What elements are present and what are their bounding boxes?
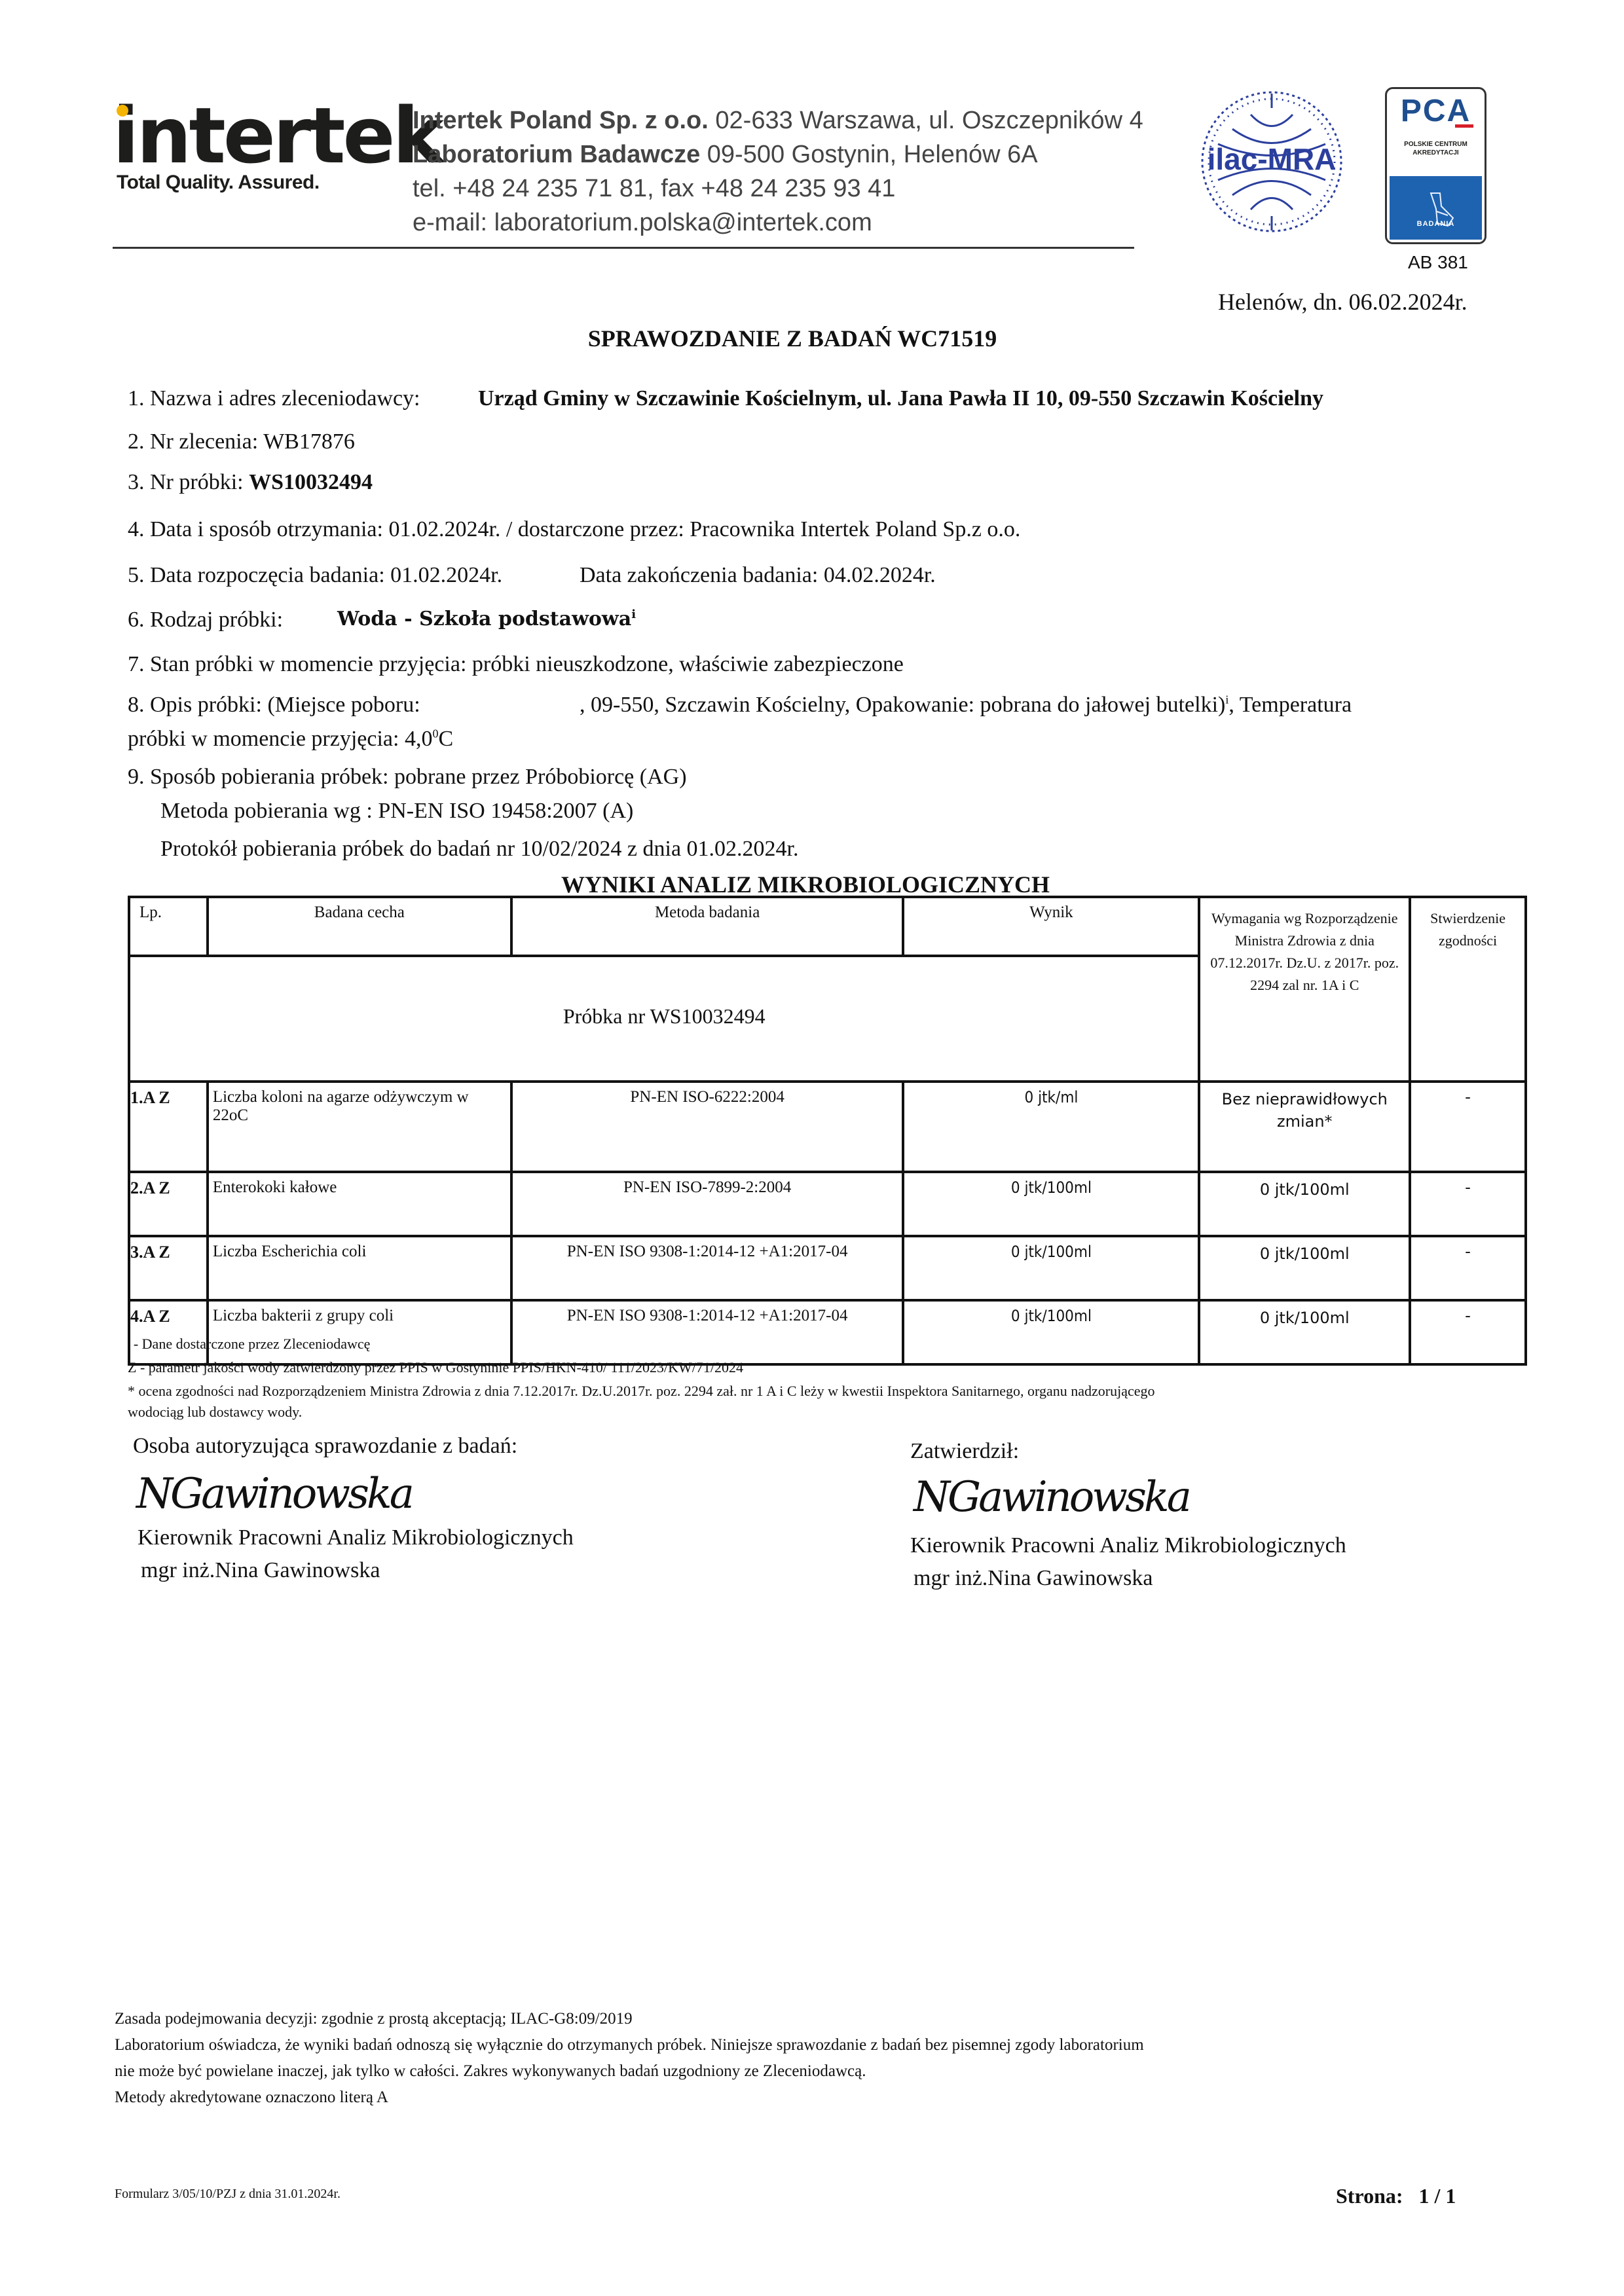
row-feature: Enterokoki kałowe <box>208 1172 511 1236</box>
lab-statement-1: Laboratorium oświadcza, że wyniki badań … <box>115 2036 1144 2054</box>
company-info: Intertek Poland Sp. z o.o. 02-633 Warsza… <box>413 103 1143 240</box>
note-z-parameter: Z - parametr jakości wody zatwierdzony p… <box>128 1359 743 1376</box>
field-sample-label: 3. Nr próbki: <box>128 470 244 494</box>
signer-name-left: mgr inż.Nina Gawinowska <box>141 1558 380 1583</box>
field-test-dates: 5. Data rozpoczęcia badania: 01.02.2024r… <box>128 563 502 588</box>
field-client: 1. Nazwa i adres zleceniodawcy: Urząd Gm… <box>128 386 420 411</box>
lab-statement-2: nie może być powielane inaczej, jak tylk… <box>115 2062 866 2081</box>
pca-sub-line2: AKREDYTACJI <box>1387 149 1485 157</box>
logo-tagline: Total Quality. Assured. <box>117 172 320 194</box>
row-lp: 3.A Z <box>129 1236 208 1300</box>
field-sampling-standard: Metoda pobierania wg : PN-EN ISO 19458:2… <box>160 799 633 824</box>
pca-title: PCA <box>1387 93 1485 129</box>
field-sampling-protocol: Protokół pobierania próbek do badań nr 1… <box>160 837 799 862</box>
header-divider <box>113 247 1134 249</box>
pca-badania: BADANIA <box>1390 220 1482 228</box>
field-sample-type-label: 6. Rodzaj próbki: <box>128 608 283 632</box>
row-requirement: Bez nieprawidłowych zmian* <box>1199 1082 1410 1172</box>
company-address: 02-633 Warszawa, ul. Oszczepników 4 <box>715 107 1143 134</box>
pca-red-stripe <box>1455 124 1473 128</box>
lab-address: 09-500 Gostynin, Helenów 6A <box>707 141 1038 168</box>
field-order-no: 2. Nr zlecenia: WB17876 <box>128 429 355 454</box>
signer-role-right: Kierownik Pracowni Analiz Mikrobiologicz… <box>910 1533 1346 1558</box>
table-header-row: Lp. Badana cecha Metoda badania Wynik Wy… <box>129 897 1526 956</box>
col-lp: Lp. <box>129 897 208 956</box>
row-lp: 4.A Z <box>129 1300 208 1364</box>
logo-dot-icon <box>117 105 128 117</box>
row-result: 0 jtk/100ml <box>903 1300 1199 1364</box>
form-id: Formularz 3/05/10/PZJ z dnia 31.01.2024r… <box>115 2187 341 2202</box>
phone-fax: tel. +48 24 235 71 81, fax +48 24 235 93… <box>413 172 1143 206</box>
row-method: PN-EN ISO 9308-1:2014-12 +A1:2017-04 <box>511 1300 904 1364</box>
row-requirement: 0 jtk/100ml <box>1199 1172 1410 1236</box>
field-sample-type: 6. Rodzaj próbki: Woda - Szkoła podstawo… <box>128 608 283 632</box>
row-feature: Liczba koloni na agarze odżywczym w 22oC <box>208 1082 511 1172</box>
field-client-label: 1. Nazwa i adres zleceniodawcy: <box>128 386 420 410</box>
decision-rule: Zasada podejmowania decyzji: zgodnie z p… <box>115 2010 633 2028</box>
row-requirement: 0 jtk/100ml <box>1199 1236 1410 1300</box>
row-requirement: 0 jtk/100ml <box>1199 1300 1410 1364</box>
results-table: Lp. Badana cecha Metoda badania Wynik Wy… <box>128 896 1527 1366</box>
table-row: 3.A ZLiczba Escherichia coliPN-EN ISO 93… <box>129 1236 1526 1300</box>
field-order-value: WB17876 <box>263 429 355 454</box>
lab-name: Laboratorium Badawcze <box>413 141 700 168</box>
table-row: 2.A ZEnterokoki kałowePN-EN ISO-7899-2:2… <box>129 1172 1526 1236</box>
approved-by-label: Zatwierdził: <box>910 1439 1019 1464</box>
field-test-end: Data zakończenia badania: 04.02.2024r. <box>580 563 936 588</box>
authorizing-person-label: Osoba autoryzująca sprawozdanie z badań: <box>133 1434 517 1459</box>
place-date: Helenów, dn. 06.02.2024r. <box>1218 288 1467 316</box>
row-lp: 2.A Z <box>129 1172 208 1236</box>
table-row: 4.A ZLiczba bakterii z grupy coliPN-EN I… <box>129 1300 1526 1364</box>
row-feature: Liczba Escherichia coli <box>208 1236 511 1300</box>
field-sample-description: 8. Opis próbki: (Miejsce poboru: , 09-55… <box>128 693 420 718</box>
field-sample-value: WS10032494 <box>249 470 373 494</box>
signature-right: NGawinowska <box>913 1473 1189 1522</box>
row-conformity: - <box>1410 1082 1526 1172</box>
company-name: Intertek Poland Sp. z o.o. <box>413 107 709 134</box>
field-client-value: Urząd Gminy w Szczawinie Kościelnym, ul.… <box>478 386 1323 411</box>
field-sample-type-value: Woda - Szkoła podstawowai <box>337 608 636 630</box>
pca-blue-panel: BADANIA <box>1390 176 1482 240</box>
row-result: 0 jtk/ml <box>903 1082 1199 1172</box>
col-result: Wynik <box>903 897 1199 956</box>
pca-accreditation-badge: PCA POLSKIE CENTRUM AKREDYTACJI BADANIA <box>1385 87 1486 244</box>
ilac-mra-logo-icon: ilac-MRA <box>1198 88 1346 236</box>
row-conformity: - <box>1410 1172 1526 1236</box>
table-row: 1.A ZLiczba koloni na agarze odżywczym w… <box>129 1082 1526 1172</box>
row-lp: 1.A Z <box>129 1082 208 1172</box>
pca-subtitle: POLSKIE CENTRUM AKREDYTACJI <box>1387 140 1485 157</box>
report-title-text: SPRAWOZDANIE Z BADAŃ WC71519 <box>588 325 997 352</box>
field-desc-value: , 09-550, Szczawin Kościelny, Opakowanie… <box>580 693 1352 718</box>
field-receipt: 4. Data i sposób otrzymania: 01.02.2024r… <box>128 517 1020 542</box>
svg-text:ilac-MRA: ilac-MRA <box>1208 142 1337 176</box>
signer-role-left: Kierownik Pracowni Analiz Mikrobiologicz… <box>138 1525 574 1550</box>
row-feature: Liczba bakterii z grupy coli <box>208 1300 511 1364</box>
signature-left: NGawinowska <box>136 1470 412 1518</box>
row-method: PN-EN ISO 9308-1:2014-12 +A1:2017-04 <box>511 1236 904 1300</box>
report-title: SPRAWOZDANIE Z BADAŃ WC71519 <box>0 325 1624 352</box>
note-assessment-cont: wodociąg lub dostawcy wody. <box>128 1404 302 1421</box>
page-number: Strona: 1 / 1 <box>1336 2184 1456 2208</box>
field-desc-label: 8. Opis próbki: (Miejsce poboru: <box>128 693 420 717</box>
field-sample-no: 3. Nr próbki: WS10032494 <box>128 470 373 495</box>
col-requirements: Wymagania wg Rozporządzenie Ministra Zdr… <box>1199 897 1410 1082</box>
note-assessment: * ocena zgodności nad Rozporządzeniem Mi… <box>128 1383 1155 1400</box>
email: e-mail: laboratorium.polska@intertek.com <box>413 206 1143 240</box>
results-section-title: WYNIKI ANALIZ MIKROBIOLOGICZNYCH <box>0 871 1624 898</box>
col-conformity: Stwierdzenie zgodności <box>1410 897 1526 1082</box>
accreditation-number: AB 381 <box>1408 252 1468 273</box>
signer-name-right: mgr inż.Nina Gawinowska <box>913 1566 1153 1591</box>
col-feature: Badana cecha <box>208 897 511 956</box>
row-result: 0 jtk/100ml <box>903 1236 1199 1300</box>
field-test-start: 5. Data rozpoczęcia badania: 01.02.2024r… <box>128 563 502 587</box>
note-client-data: i - Dane dostarczone przez Zleceniodawcę <box>128 1336 370 1353</box>
row-result: 0 jtk/100ml <box>903 1172 1199 1236</box>
row-conformity: - <box>1410 1236 1526 1300</box>
col-method: Metoda badania <box>511 897 904 956</box>
accredited-methods-note: Metody akredytowane oznaczono literą A <box>115 2088 388 2107</box>
pca-sub-line1: POLSKIE CENTRUM <box>1387 140 1485 149</box>
field-sample-condition: 7. Stan próbki w momencie przyjęcia: pró… <box>128 652 904 677</box>
row-method: PN-EN ISO-6222:2004 <box>511 1082 904 1172</box>
row-method: PN-EN ISO-7899-2:2004 <box>511 1172 904 1236</box>
row-conformity: - <box>1410 1300 1526 1364</box>
field-sampling-method: 9. Sposób pobierania próbek: pobrane prz… <box>128 765 687 790</box>
field-sample-temperature: próbki w momencie przyjęcia: 4,00C <box>128 727 453 752</box>
field-order-label: 2. Nr zlecenia: <box>128 429 258 454</box>
intertek-logo: intertek <box>113 97 441 174</box>
sample-label: Próbka nr WS10032494 <box>129 956 1199 1082</box>
